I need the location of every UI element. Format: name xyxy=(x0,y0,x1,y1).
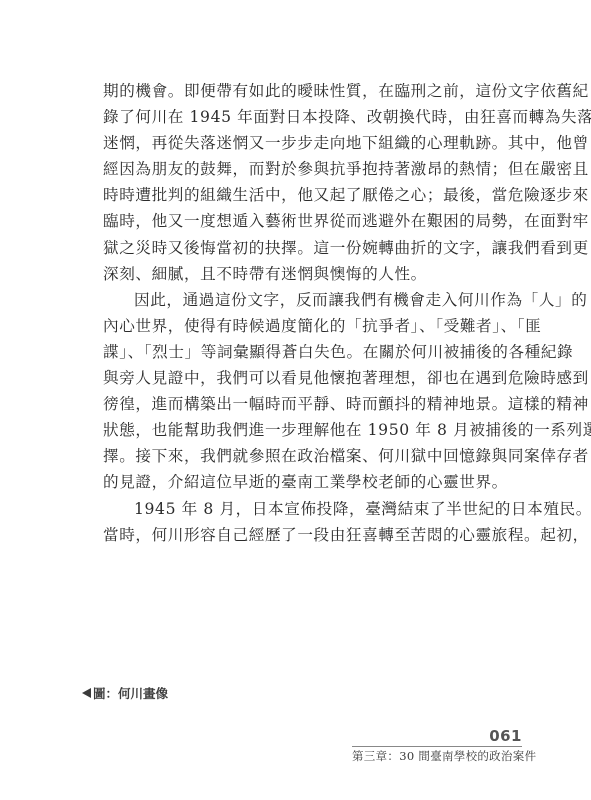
text-line: 諜」、「烈士」等詞彙顯得蒼白失色。在關於何川被捕後的各種紀錄 xyxy=(103,339,523,365)
text-line: 錄了何川在 1945 年面對日本投降、改朝換代時，由狂喜而轉為失落 xyxy=(103,104,523,130)
text-line: 狀態，也能幫助我們進一步理解他在 1950 年 8 月被捕後的一系列選 xyxy=(103,417,523,443)
text-line: 內心世界，使得有時候過度簡化的「抗爭者」、「受難者」、「匪 xyxy=(103,313,523,339)
book-page: 期的機會。即便帶有如此的曖昧性質，在臨刑之前，這份文字依舊紀 錄了何川在 194… xyxy=(0,0,591,800)
left-triangle-icon xyxy=(82,688,91,698)
chapter-title: 第三章：30 間臺南學校的政治案件 xyxy=(352,748,522,764)
body-text: 期的機會。即便帶有如此的曖昧性質，在臨刑之前，這份文字依舊紀 錄了何川在 194… xyxy=(103,78,523,548)
page-number: 061 xyxy=(352,728,522,745)
text-line: 當時，何川形容自己經歷了一段由狂喜轉至苦悶的心靈旅程。起初， xyxy=(103,522,523,548)
text-line: 經因為朋友的鼓舞，而對於參與抗爭抱持著激昂的熱情；但在嚴密且 xyxy=(103,156,523,182)
paragraph-start-line: 1945 年 8 月，日本宣佈投降，臺灣結束了半世紀的日本殖民。 xyxy=(103,496,523,522)
page-footer: 061 第三章：30 間臺南學校的政治案件 xyxy=(352,728,522,764)
text-line: 獄之災時又後悔當初的抉擇。這一份婉轉曲折的文字，讓我們看到更 xyxy=(103,235,523,261)
paragraph-start-line: 因此，通過這份文字，反而讓我們有機會走入何川作為「人」的 xyxy=(103,287,523,313)
text-line: 擇。接下來，我們就參照在政治檔案、何川獄中回憶錄與同案倖存者 xyxy=(103,443,523,469)
text-line: 期的機會。即便帶有如此的曖昧性質，在臨刑之前，這份文字依舊紀 xyxy=(103,78,523,104)
text-line: 的見證，介紹這位早逝的臺南工業學校老師的心靈世界。 xyxy=(103,469,523,495)
text-line: 深刻、細膩，且不時帶有迷惘與懊悔的人性。 xyxy=(103,261,523,287)
caption-text: 圖：何川畫像 xyxy=(93,684,168,702)
text-line: 迷惘，再從失落迷惘又一步步走向地下組織的心理軌跡。其中，他曾 xyxy=(103,130,523,156)
text-line: 臨時，他又一度想遁入藝術世界從而逃避外在艱困的局勢，在面對牢 xyxy=(103,208,523,234)
text-line: 徬徨，進而構築出一幅時而平靜、時而顫抖的精神地景。這樣的精神 xyxy=(103,391,523,417)
figure-caption: 圖：何川畫像 xyxy=(82,684,168,702)
text-line: 時時遭批判的組織生活中，他又起了厭倦之心；最後，當危險逐步來 xyxy=(103,182,523,208)
footer-rule xyxy=(352,746,522,747)
text-line: 與旁人見證中，我們可以看見他懷抱著理想，卻也在遇到危險時感到 xyxy=(103,365,523,391)
